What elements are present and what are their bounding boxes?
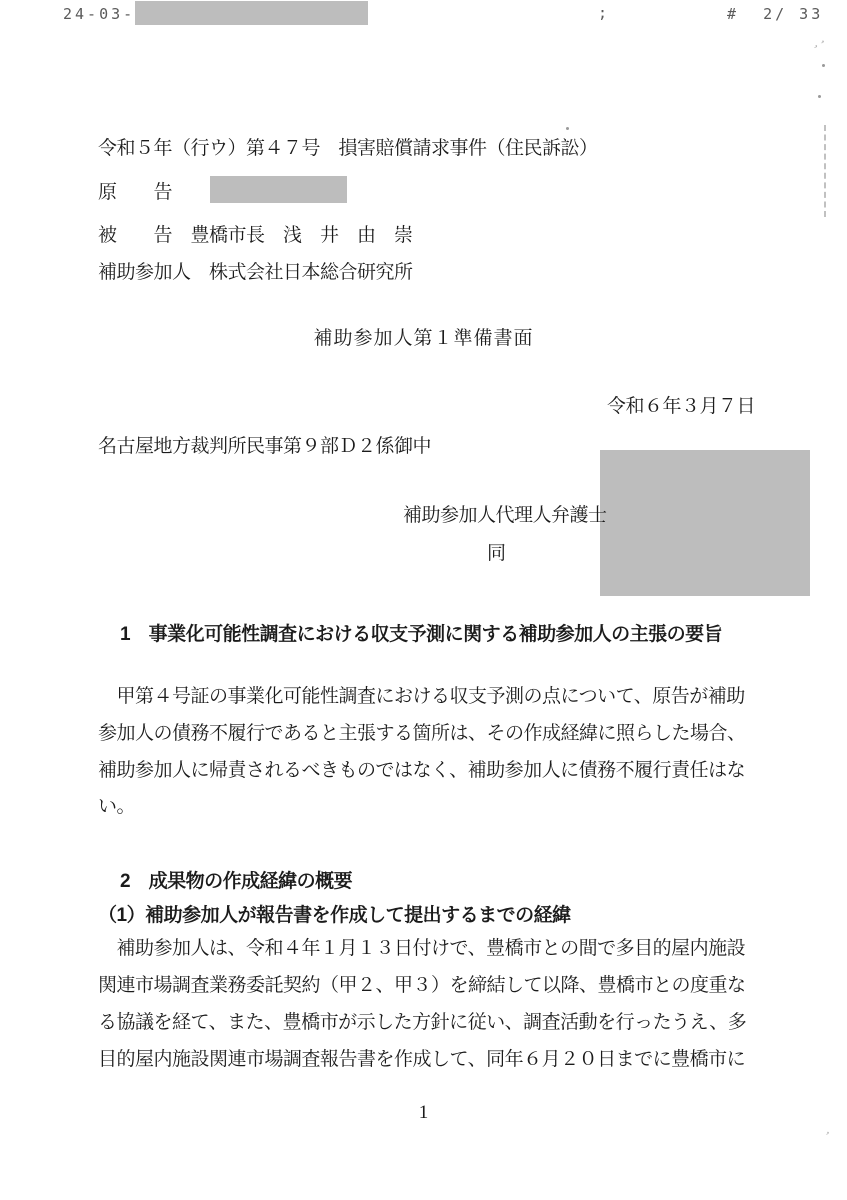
case-number-line: 令和５年（行ウ）第４７号 損害賠償請求事件（住民訴訟） bbox=[98, 138, 598, 159]
section-2-heading: 2 成果物の作成経緯の概要 bbox=[120, 866, 352, 893]
body-line: 補助参加人は、令和４年１月１３日付けで、豊橋市との間で多目的屋内施設 bbox=[98, 938, 745, 959]
scan-artifact-dot bbox=[566, 127, 569, 130]
ditto-mark: 同 bbox=[487, 543, 506, 564]
section-1-heading: 1 事業化可能性調査における収支予測に関する補助参加人の主張の要旨 bbox=[120, 619, 722, 646]
plaintiff-label: 原 告 bbox=[98, 182, 172, 203]
body-line: 補助参加人に帰責されるべきものではなく、補助参加人に債務不履行責任はな bbox=[98, 760, 745, 781]
scanned-legal-document-page: 24-03-07 ; # 2/ 33 ,’ ’ 令和５年（行ウ）第４７号 損害賠… bbox=[0, 0, 847, 1200]
redaction-box-fax-sender bbox=[135, 1, 368, 25]
scan-artifact-dot bbox=[818, 95, 821, 98]
section-2-subheading: （1）補助参加人が報告書を作成して提出するまでの経緯 bbox=[98, 900, 571, 927]
intervenor-line: 補助参加人 株式会社日本総合研究所 bbox=[98, 262, 413, 283]
scan-artifact-dot bbox=[822, 64, 825, 67]
scan-artifact-mark: ’ bbox=[820, 1128, 831, 1144]
body-line: い。 bbox=[98, 796, 135, 817]
scan-artifact-dashed-line bbox=[824, 125, 826, 217]
defendant-line: 被 告 豊橋市長 浅 井 由 崇 bbox=[98, 225, 413, 246]
attorney-title-line: 補助参加人代理人弁護士 bbox=[403, 505, 607, 526]
body-line: 関連市場調査業務委託契約（甲２、甲３）を締結して以降、豊橋市との度重な bbox=[98, 975, 746, 996]
body-line: 参加人の債務不履行であると主張する箇所は、その作成経緯に照らした場合、 bbox=[98, 723, 746, 744]
body-line: 目的屋内施設関連市場調査報告書を作成して、同年６月２０日までに豊橋市に bbox=[98, 1049, 745, 1070]
scan-artifact-mark: ,’ bbox=[813, 35, 827, 53]
body-line: る協議を経て、また、豊橋市が示した方針に従い、調査活動を行ったうえ、多 bbox=[98, 1012, 746, 1033]
fax-page-indicator: # 2/ 33 bbox=[727, 5, 823, 23]
fax-header-separator: ; bbox=[598, 4, 610, 22]
document-title: 補助参加人第１準備書面 bbox=[0, 328, 847, 349]
page-number: 1 bbox=[0, 1102, 847, 1123]
court-addressee: 名古屋地方裁判所民事第９部Ｄ２係御中 bbox=[98, 436, 431, 457]
body-line: 甲第４号証の事業化可能性調査における収支予測の点について、原告が補助 bbox=[98, 686, 745, 707]
redaction-box-plaintiff-name bbox=[210, 176, 347, 203]
redaction-box-attorney-names bbox=[600, 450, 810, 596]
document-date: 令和６年３月７日 bbox=[607, 396, 755, 417]
